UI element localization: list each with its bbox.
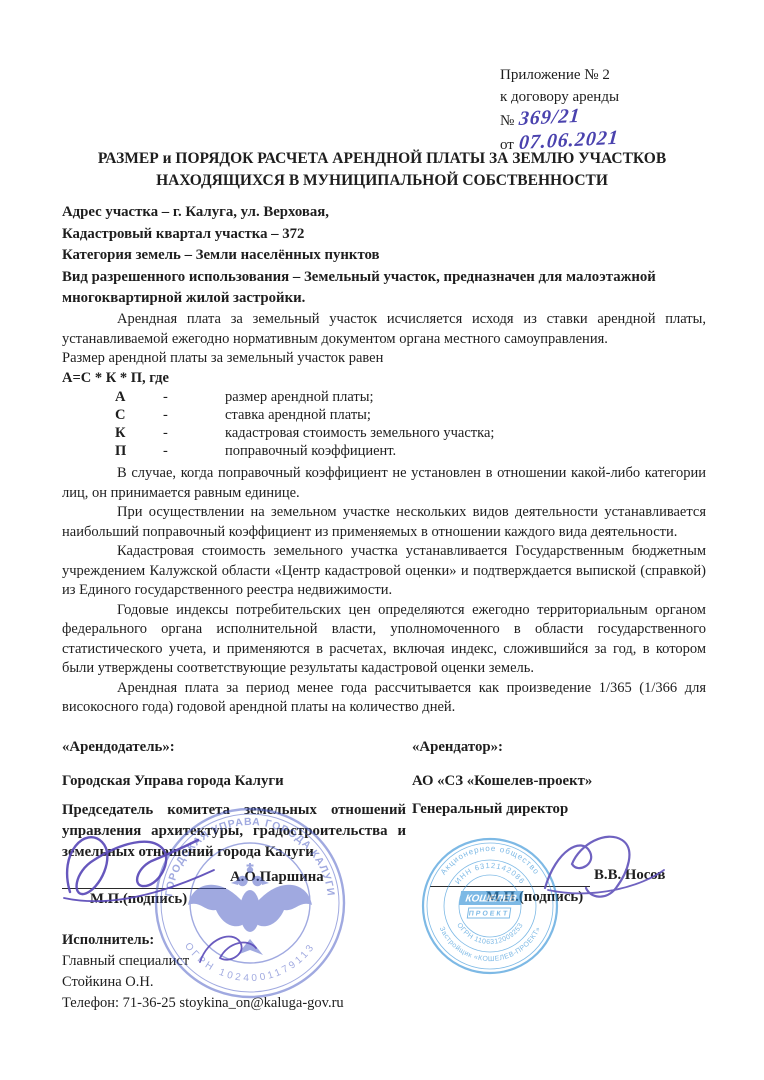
plot-address: Адрес участка – г. Калуга, ул. Верховая, <box>62 202 710 224</box>
executor-phone: Телефон: 71-36-25 stoykina_on@kaluga-gov… <box>62 993 482 1014</box>
lessee-signatory-name: В.В. Носов <box>594 866 665 886</box>
paragraph-rent-basis: Арендная плата за земельный участок исчи… <box>62 310 706 349</box>
definition-meaning: кадастровая стоимость земельного участка… <box>225 424 494 442</box>
document-body: Арендная плата за земельный участок исчи… <box>62 310 706 718</box>
plot-land-category: Категория земель – Земли населённых пунк… <box>62 245 710 267</box>
document-title: РАЗМЕР и ПОРЯДОК РАСЧЕТА АРЕНДНОЙ ПЛАТЫ … <box>0 148 764 191</box>
paragraph-partial-year: Арендная плата за период менее года расс… <box>62 679 706 718</box>
title-line-1: РАЗМЕР и ПОРЯДОК РАСЧЕТА АРЕНДНОЙ ПЛАТЫ … <box>0 148 764 170</box>
definition-row-k: К - кадастровая стоимость земельного уча… <box>115 424 706 442</box>
definition-symbol: П <box>115 442 163 460</box>
lessee-organization: АО «СЗ «Кошелев-проект» <box>412 772 592 792</box>
lessor-signatory-name: А.О.Паршина <box>230 868 324 888</box>
paragraph-cadastral-value: Кадастровая стоимость земельного участка… <box>62 542 706 601</box>
lessee-role-label: «Арендатор»: <box>412 738 503 758</box>
paragraph-rent-amount: Размер арендной платы за земельный участ… <box>62 349 706 369</box>
contract-number-line: № 369/21 <box>500 108 750 132</box>
number-label: № <box>500 113 514 129</box>
definition-dash: - <box>163 442 225 460</box>
appendix-header: Приложение № 2 к договору аренды № 369/2… <box>500 64 750 156</box>
paragraph-price-indexes: Годовые индексы потребительских цен опре… <box>62 601 706 679</box>
plot-permitted-use: Вид разрешенного использования – Земельн… <box>62 267 710 310</box>
lessee-position: Генеральный директор <box>412 800 568 820</box>
definition-meaning: размер арендной платы; <box>225 388 374 406</box>
definition-symbol: А <box>115 388 163 406</box>
executor-position: Главный специалист <box>62 951 482 972</box>
lessee-seal-note: М.П.(подпись) <box>486 888 583 908</box>
title-line-2: НАХОДЯЩИХСЯ В МУНИЦИПАЛЬНОЙ СОБСТВЕННОСТ… <box>0 170 764 192</box>
rent-formula: А=С * К * П, где <box>62 369 706 389</box>
definition-dash: - <box>163 424 225 442</box>
definition-symbol: К <box>115 424 163 442</box>
signatures-section: «Арендодатель»: «Арендатор»: Городская У… <box>62 738 706 948</box>
definition-row-a: А - размер арендной платы; <box>115 388 706 406</box>
contract-line: к договору аренды <box>500 86 750 108</box>
executor-name: Стойкина О.Н. <box>62 972 482 993</box>
paragraph-coefficient-default: В случае, когда поправочный коэффициент … <box>62 464 706 503</box>
lessor-seal-note: М.П.(подпись) <box>90 890 187 910</box>
lessor-organization: Городская Управа города Калуги <box>62 772 284 792</box>
handwritten-contract-number: 369/21 <box>518 105 581 130</box>
executor-label: Исполнитель: <box>62 930 482 951</box>
paragraph-multiple-activities: При осуществлении на земельном участке н… <box>62 503 706 542</box>
definition-symbol: С <box>115 406 163 424</box>
definition-meaning: поправочный коэффициент. <box>225 442 396 460</box>
executor-block: Исполнитель: Главный специалист Стойкина… <box>62 930 482 1014</box>
plot-cadastral-quarter: Кадастровый квартал участка – 372 <box>62 224 710 246</box>
definition-dash: - <box>163 406 225 424</box>
lessee-signature-line <box>430 886 590 887</box>
plot-info: Адрес участка – г. Калуга, ул. Верховая,… <box>62 202 710 310</box>
definition-dash: - <box>163 388 225 406</box>
lessor-signature-line <box>62 888 226 889</box>
formula-definitions: А - размер арендной платы; С - ставка ар… <box>115 388 706 460</box>
definition-meaning: ставка арендной платы; <box>225 406 371 424</box>
definition-row-c: С - ставка арендной платы; <box>115 406 706 424</box>
lessor-role-label: «Арендодатель»: <box>62 738 175 758</box>
lessor-position: Председатель комитета земельных отношени… <box>62 800 406 863</box>
appendix-line: Приложение № 2 <box>500 64 750 86</box>
definition-row-p: П - поправочный коэффициент. <box>115 442 706 460</box>
